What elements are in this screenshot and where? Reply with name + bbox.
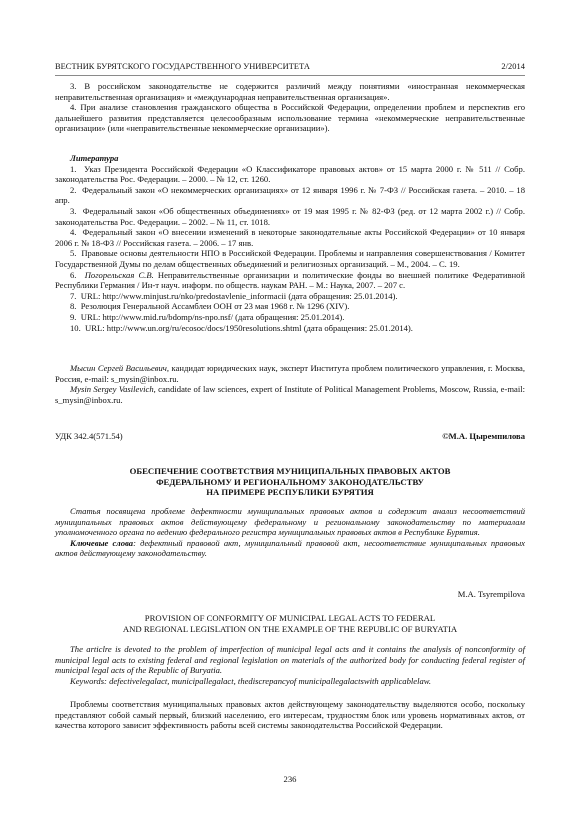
- reference-list: 1. Указ Президента Российской Федерации …: [55, 164, 525, 334]
- reference-text: Правовые основы деятельности НПО в Росси…: [55, 248, 525, 269]
- page-number: 236: [55, 774, 525, 785]
- reference-text: Резолюция Генеральной Ассамблеи ООН от 2…: [81, 301, 350, 311]
- reference-number: 5.: [70, 248, 76, 258]
- reference-text: Федеральный закон «О внесении изменений …: [55, 227, 525, 248]
- reference-text: URL: http://www.minjust.ru/nko/predostav…: [81, 291, 398, 301]
- keywords-en: Keywords: defectivelegalact, municipalle…: [55, 676, 525, 687]
- conclusion-3: 3. В российском законодательстве не соде…: [55, 81, 525, 102]
- issue-number: 2/2014: [501, 62, 525, 73]
- header-divider: [55, 75, 525, 76]
- reference-item: 2. Федеральный закон «О некоммерческих о…: [55, 185, 525, 206]
- reference-item: 1. Указ Президента Российской Федерации …: [55, 164, 525, 185]
- article-meta: УДК 342.4(571.54) ©М.А. Цыремпилова: [55, 431, 525, 442]
- reference-item: 8. Резолюция Генеральной Ассамблеи ООН о…: [55, 301, 525, 312]
- reference-number: 6.: [70, 270, 76, 280]
- reference-author: Погорельская С.В.: [85, 270, 154, 280]
- reference-item: 4. Федеральный закон «О внесении изменен…: [55, 227, 525, 248]
- author-info-ru: Мысин Сергей Васильевич, кандидат юридич…: [55, 363, 525, 384]
- reference-text: Указ Президента Российской Федерации «О …: [55, 164, 525, 185]
- journal-title: ВЕСТНИК БУРЯТСКОГО ГОСУДАРСТВЕННОГО УНИВ…: [55, 62, 310, 73]
- running-header: ВЕСТНИК БУРЯТСКОГО ГОСУДАРСТВЕННОГО УНИВ…: [55, 62, 525, 73]
- reference-number: 1.: [70, 164, 76, 174]
- keywords-ru: Ключевые слова: дефектный правовой акт, …: [55, 538, 525, 559]
- abstract-en: The articlre is devoted to the problem o…: [55, 644, 525, 686]
- author-info: Мысин Сергей Васильевич, кандидат юридич…: [55, 363, 525, 405]
- keywords-ru-label: Ключевые слова: [70, 538, 133, 548]
- author-name-ru: Мысин Сергей Васильевич: [70, 363, 167, 373]
- abstract-ru: Статья посвящена проблеме дефектности му…: [55, 506, 525, 559]
- author-info-en: Mysin Sergey Vasilevich, candidate of la…: [55, 384, 525, 405]
- copyright-author: ©М.А. Цыремпилова: [442, 431, 525, 442]
- reference-item: 9. URL: http://www.mid.ru/bdomp/ns-npo.n…: [55, 312, 525, 323]
- reference-item: 5. Правовые основы деятельности НПО в Ро…: [55, 248, 525, 269]
- article-title-ru: ОБЕСПЕЧЕНИЕ СООТВЕТСТВИЯ МУНИЦИПАЛЬНЫХ П…: [55, 466, 525, 498]
- reference-item: 10. URL: http://www.un.org/ru/ecosoc/doc…: [55, 323, 525, 334]
- abstract-ru-text: Статья посвящена проблеме дефектности му…: [55, 506, 525, 538]
- reference-number: 9.: [70, 312, 76, 322]
- reference-text: Федеральный закон «Об общественных объед…: [55, 206, 525, 227]
- reference-number: 2.: [70, 185, 76, 195]
- reference-number: 10.: [70, 323, 81, 333]
- reference-item: 7. URL: http://www.minjust.ru/nko/predos…: [55, 291, 525, 302]
- reference-text: Федеральный закон «О некоммерческих орга…: [55, 185, 525, 206]
- reference-item: 6. Погорельская С.В. Неправительственные…: [55, 270, 525, 291]
- reference-number: 3.: [70, 206, 76, 216]
- reference-text: URL: http://www.mid.ru/bdomp/ns-npo.nsf/…: [81, 312, 345, 322]
- reference-number: 4.: [70, 227, 76, 237]
- udk-code: УДК 342.4(571.54): [55, 431, 123, 442]
- reference-item: 3. Федеральный закон «Об общественных об…: [55, 206, 525, 227]
- article-body: Проблемы соответствия муниципальных прав…: [55, 699, 525, 731]
- conclusion-4: 4. При анализе становления гражданского …: [55, 102, 525, 134]
- author-name-en: Mysin Sergey Vasilevich: [70, 384, 154, 394]
- conclusions: 3. В российском законодательстве не соде…: [55, 81, 525, 134]
- abstract-en-text: The articlre is devoted to the problem o…: [55, 644, 525, 676]
- literature-section: Литература 1. Указ Президента Российской…: [55, 153, 525, 333]
- literature-heading: Литература: [55, 153, 525, 164]
- body-paragraph: Проблемы соответствия муниципальных прав…: [55, 699, 525, 731]
- reference-number: 7.: [70, 291, 76, 301]
- author-en: M.A. Tsyrempilova: [55, 589, 525, 600]
- reference-text: URL: http://www.un.org/ru/ecosoc/docs/19…: [85, 323, 413, 333]
- article-title-en: PROVISION OF CONFORMITY OF MUNICIPAL LEG…: [55, 613, 525, 634]
- reference-number: 8.: [70, 301, 76, 311]
